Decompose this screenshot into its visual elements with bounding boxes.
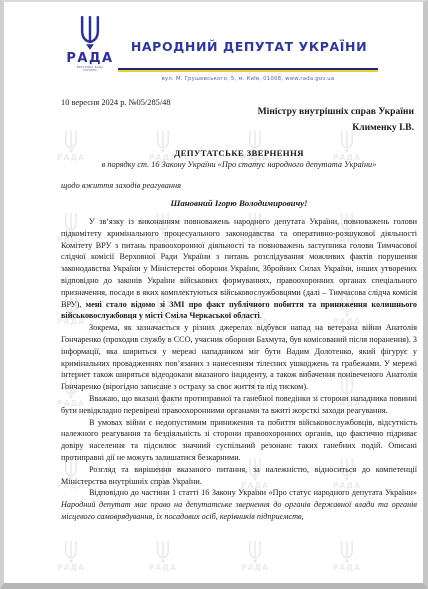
paragraph-segment: . [260,311,262,320]
trident-icon [76,15,104,51]
paragraph-segment: Народний депутат має право на депутатськ… [61,500,417,521]
paragraph-segment: У зв’язку із виконанням повноважень наро… [61,217,417,309]
scanned-letter-page: РАДАРАДАРАДАРАДАРАДАРАДАРАДАРАДАРАДАРАДА… [0,0,428,589]
letter-content: РАДА ВЕРХОВНА РАДА УКРАЇНИ НАРОДНИЙ ДЕПУ… [4,2,423,583]
letterhead-address: вул. М. Грушевського, 5, м. Київ, 01008,… [118,76,378,82]
subject-line: щодо вжиття заходів реагування [61,181,181,190]
rada-logo: РАДА ВЕРХОВНА РАДА УКРАЇНИ [59,15,121,72]
paragraph-segment: Вважаю, що вказані факти протиправної та… [61,394,417,415]
paragraph-segment: Розгляд та вирішення вказаного питання, … [61,465,417,486]
paragraph: Зокрема, як зазначається у різних джерел… [61,322,417,393]
addressee-line: Міністру внутрішніх справ України [164,104,414,120]
paragraph: Розгляд та вирішення вказаного питання, … [61,464,417,488]
paragraph-segment: Зокрема, як зазначається у різних джерел… [61,323,417,391]
logo-wordmark: РАДА [59,52,121,65]
addressee-line: Клименку І.В. [164,120,414,136]
body-paragraphs: У зв’язку із виконанням повноважень наро… [61,216,417,523]
letterhead-title: НАРОДНИЙ ДЕПУТАТ УКРАЇНИ [117,39,381,54]
paragraph-segment: Відповідно до частини 1 статті 16 Закону… [89,488,417,497]
flag-divider [118,68,378,72]
logo-tagline-line2: УКРАЇНИ [59,69,121,72]
addressee-block: Міністру внутрішніх справ УкраїниКлименк… [164,104,414,135]
date-number-line: 10 вересня 2024 р. №05/285/48 [61,98,171,107]
paragraph: Вважаю, що вказані факти протиправної та… [61,393,417,417]
paragraph-segment: мені стало відомо зі ЗМІ про факт публіч… [61,300,417,321]
paragraph: В умовах війни є недопустимим приниження… [61,417,417,464]
document-title: ДЕПУТАТСЬКЕ ЗВЕРНЕННЯ [61,148,417,158]
salutation: Шановний Ігорю Володимировичу! [61,198,417,208]
flag-yellow-stripe [118,70,378,72]
paragraph: Відповідно до частини 1 статті 16 Закону… [61,487,417,522]
logo-tagline: ВЕРХОВНА РАДА УКРАЇНИ [59,66,121,72]
document-subtitle: в порядку ст. 16 Закону України «Про ста… [61,160,417,169]
paragraph: У зв’язку із виконанням повноважень наро… [61,216,417,322]
paragraph-segment: В умовах війни є недопустимим приниження… [61,418,417,462]
